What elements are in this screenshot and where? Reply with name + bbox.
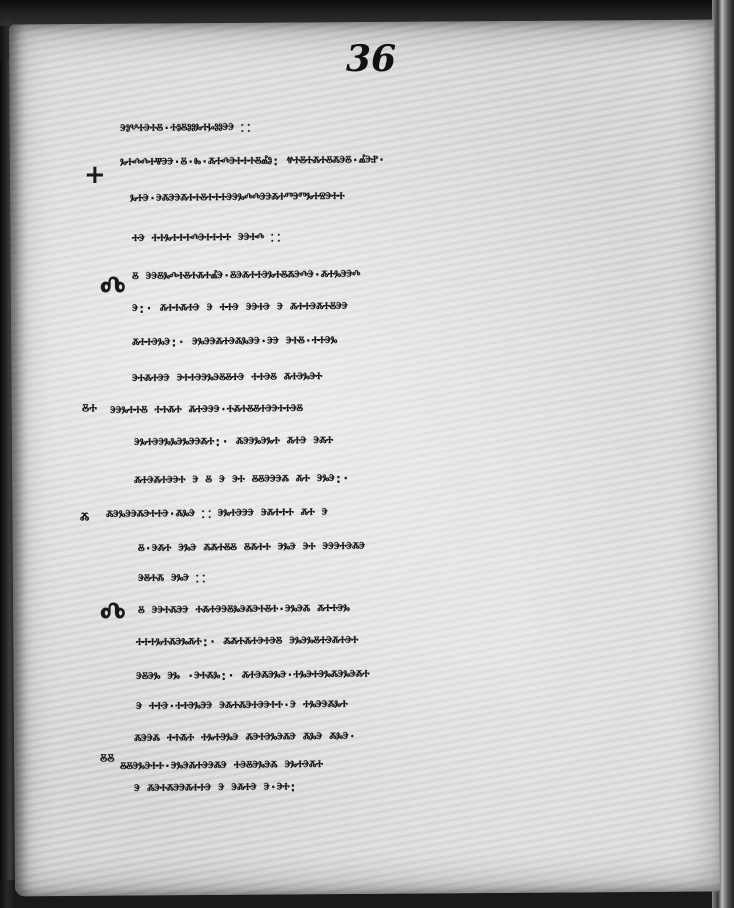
text-line-4: ⰰⰵ ⰰⰰⰳⰰⰰⰰⰴⰵⰰⰰⰰⰰ ⰵⰵⰰⰴ ⸬ — [132, 230, 280, 247]
margin-mark-2: ⰶ — [80, 508, 89, 528]
parchment-page — [9, 20, 720, 897]
text-line-10: ⰵⰳⰰⰵⰵⰳⰳⰵⰳⰵⰵⰶⰰ:· ⰶⰵⰵⰳⰵⰳⰰ ⰶⰰⰵ ⰵⰶⰰ — [134, 434, 333, 451]
text-line-3: ⰳⰰⰵ·ⰵⰶⰵⰵⰶⰰⰰⰻⰰⰰⰰⰵⰵⰳⰴⰴⰵⰵⰶⰰⱅⰵⱅⰳⰰⱄⰵⰰⰰ — [130, 190, 344, 207]
text-line-2: ⰳⰰⰴⰴⰰⱋⰵⰵ·ⰻ·ⰸ·ⰶⰰⰴⰵⰰⰰⰰⰻⰼⱁ: ⱍⰰⰻⰰⰶⰰⰻⰶⰵⰻ·ⰼⰵⱀ· — [120, 153, 385, 171]
decorated-initial-1: Ⰴ — [100, 270, 126, 305]
folio-number: 36 — [346, 38, 396, 80]
text-line-5: ⰻ ⰵⰵⰻⰳⰴⰰⰻⰰⰶⰰⰼⰵ·ⰻⰵⰶⰰⰰⰵⰳⰰⰻⰶⰵⰴⰵ·ⰶⰰⰳⰵⰵⰴ — [132, 268, 360, 285]
text-line-13: ⰻ·ⰵⰶⰰ ⰵⰳⰵ ⰶⰶⰰⰻⰻ ⰻⰶⰰⰰ ⰵⰳⰵ ⰵⰰ ⰵⰵⰵⰰⰵⰶⰵ — [138, 540, 365, 557]
text-line-8: ⰵⰰⰶⰰⰵⰵ ⰵⰰⰰⰵⰵⰳⰵⰻⰻⰰⰵ ⰰⰰⰵⰻ ⰶⰰⰵⰳⰵⰰ — [132, 370, 322, 387]
text-line-15: ⰻ ⰵⰵⰰⰶⰵⰵ ⰰⰶⰰⰵⰵⰻⰳⰵⰶⰵⰰⰻⰰ·ⰵⰳⰵⰶ ⰶⰰⰰⰵⰳ — [138, 602, 350, 619]
text-line-18: ⰵ ⰰⰰⰵ·ⰰⰰⰵⰳⰵⰵ ⰵⰶⰰⰶⰵⰰⰵⰵⰰⰰ·ⰵ ⰰⰳⰵⰵⰶⰳⰰ — [136, 698, 347, 715]
text-line-11: ⰶⰰⰵⰶⰰⰵⰵⰰ ⰵ ⰻ ⰵ ⰵⰰ ⰻⰻⰵⰵⰵⰶ ⰶⰰ ⰵⰳⰵ:· — [134, 472, 349, 489]
manuscript-photo: 36 + Ⰴ ⰻⰰ ⰶ Ⰴ ⰻⰻ ⰵⱁⰲⰰⰵⰰⰻ·ⰰⱁⰻⱁⱁⰳⰰⱈⱁⱁⰵⰵ ⸬ … — [0, 0, 734, 908]
text-line-16: ⰰⰰⰰⰳⰰⰶⰵⰳⰶⰰ:· ⰶⰶⰰⰶⰰⰵⰰⰵⰻ ⰵⰳⰵⰳⰻⰰⰵⰶⰰⰵⰰ — [136, 634, 358, 651]
text-line-19: ⰶⰵⰵⰶ ⰰⰰⰶⰰ ⰰⰳⰰⰵⰳⰵ ⰶⰵⰰⰵⰳⰵⰶⰵ ⰶⰳⰵ ⰶⰳⰵ· — [134, 730, 356, 747]
text-line-9: ⰵⰵⰳⰰⰰⰻ ⰰⰰⰶⰰ ⰶⰰⰵⰵⰵ·ⰰⰶⰰⰻⰻⰰⰵⰵⰰⰰⰵⰻ — [110, 402, 303, 419]
text-line-12: ⰶⰵⰳⰵⰵⰶⰵⰰⰰⰵ·ⰶⰳⰵ ⸬ ⰵⰳⰰⰵⰵⰵ ⰵⰶⰰⰰⰰ ⰶⰰ ⰵ — [106, 506, 328, 523]
decorated-initial-2: Ⰴ — [100, 596, 126, 631]
text-line-14: ⰵⰻⰰⰶ ⰵⰳⰵ ⸬ — [138, 571, 205, 587]
text-line-1: ⰵⱁⰲⰰⰵⰰⰻ·ⰰⱁⰻⱁⱁⰳⰰⱈⱁⱁⰵⰵ ⸬ — [120, 121, 250, 137]
text-line-6: ⰵ:· ⰶⰰⰰⰶⰰⰵ ⰵ ⰰⰰⰵ ⰵⰵⰰⰵ ⰵ ⰶⰰⰰⰵⰶⰰⰻⰵⰵ — [132, 300, 347, 317]
margin-mark-1: ⰻⰰ — [82, 402, 97, 418]
text-line-20: ⰻⰻⰵⰳⰵⰰⰰ·ⰵⰳⰵⰶⰰⰵⰵⰶⰵ ⰰⰵⰻⰵⰳⰵⰶ ⰵⰳⰰⰵⰶⰰ — [120, 758, 323, 775]
text-line-7: ⰶⰰⰰⰵⰳⰵ:· ⰵⰳⰵⰵⰶⰰⰵⰶⰳⰵⰵ·ⰵⰵ ⰵⰰⰻ·ⰰⰰⰵⰳ — [132, 334, 337, 351]
margin-cross: + — [84, 160, 106, 190]
text-line-17: ⰵⰻⰵⰳ ⰵⰳ ·ⰵⰰⰶⰳ:· ⰶⰰⰵⰶⰵⰳⰵ·ⰰⰳⰵⰰⰵⰳⰶⰵⰳⰵⰶⰰ — [136, 668, 369, 685]
text-line-21: ⰵ ⰶⰵⰰⰶⰵⰵⰶⰰⰰⰵ ⰵ ⰵⰶⰰⰵ ⰵ·ⰵⰰ: — [134, 780, 297, 797]
margin-mark-3: ⰻⰻ — [100, 752, 115, 768]
